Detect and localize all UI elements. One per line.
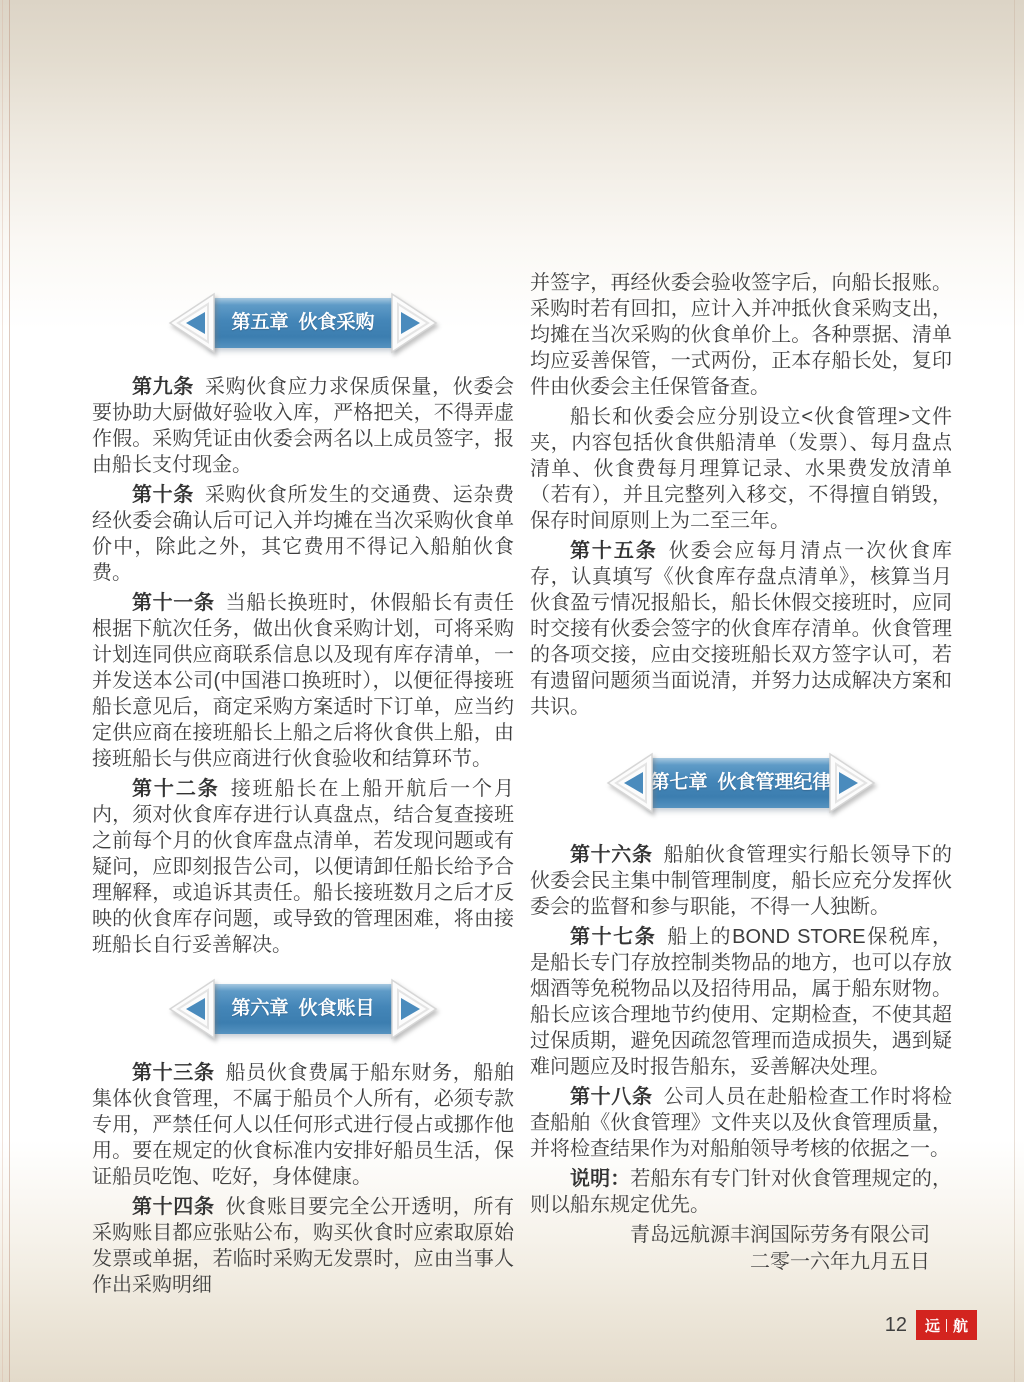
banner-arrow-left-icon [167,292,217,354]
page-number: 12 [885,1314,907,1337]
document-body: 第五章 伙食采购 第九条采购伙食应力求保质保量，伙委会要协助大厨做好验收入库，严… [92,262,952,1302]
article-11-text: 当船长换班时，休假船长有责任根据下航次任务，做出伙食采购计划，可将采购计划连同供… [92,592,514,770]
chapter-7-banner: 第七章 伙食管理纪律 [530,748,952,818]
article-9-paragraph: 第九条采购伙食应力求保质保量，伙委会要协助大厨做好验收入库，严格把关，不得弄虚作… [92,374,514,478]
chapter-banner-title: 第六章 伙食账目 [209,984,397,1034]
logo-char-right: 航 [953,1315,968,1336]
chapter-number: 第五章 [231,310,288,336]
article-15-text: 伙委会应每月清点一次伙食库存，认真填写《伙食库存盘点清单》，核算当月伙食盈亏情况… [530,540,952,718]
left-column: 第五章 伙食采购 第九条采购伙食应力求保质保量，伙委会要协助大厨做好验收入库，严… [92,262,514,1302]
banner-arrow-right-icon [827,752,877,814]
chapter-banner-title: 第七章 伙食管理纪律 [647,758,835,808]
note-label: 说明： [570,1168,630,1190]
chapter-number: 第六章 [231,996,288,1022]
article-18-paragraph: 第十八条公司人员在赴船检查工作时将检查船舶《伙食管理》文件夹以及伙食管理质量，并… [530,1084,952,1162]
banner-arrow-left-icon [167,978,217,1040]
article-14-label: 第十四条 [132,1196,215,1218]
chapter-title: 伙食账目 [299,996,375,1022]
chapter-title: 伙食管理纪律 [718,770,832,796]
article-13-label: 第十三条 [132,1062,215,1084]
chapter-title: 伙食采购 [299,310,375,336]
article-13-paragraph: 第十三条船员伙食费属于船东财务，船舶集体伙食管理，不属于船员个人所有，必须专款专… [92,1060,514,1190]
banner-arrow-left-icon [605,752,655,814]
article-9-label: 第九条 [132,376,194,398]
page-edge-line-left-outer [2,0,3,1382]
page-footer: 12 远 航 [885,1310,977,1340]
page-edge-line-right [1014,0,1015,1382]
chapter-6-banner: 第六章 伙食账目 [92,974,514,1044]
article-10-label: 第十条 [132,484,194,506]
banner-arrow-right-icon [389,292,439,354]
article-17-label: 第十七条 [570,926,656,948]
article-16-paragraph: 第十六条船舶伙食管理实行船长领导下的伙委会民主集中制管理制度，船长应充分发挥伙委… [530,842,952,920]
article-14-paragraph: 第十四条伙食账目要完全公开透明，所有采购账目都应张贴公布，购买伙食时应索取原始发… [92,1194,514,1298]
note-paragraph: 说明：若船东有专门针对伙食管理规定的，则以船东规定优先。 [530,1166,952,1218]
chapter-number: 第七章 [650,770,707,796]
article-12-paragraph: 第十二条接班船长在上船开航后一个月内，须对伙食库存进行认真盘点，结合复查接班之前… [92,776,514,958]
article-12-text: 接班船长在上船开航后一个月内，须对伙食库存进行认真盘点，结合复查接班之前每个月的… [92,778,514,956]
signature-date: 二零一六年九月五日 [530,1249,952,1276]
article-15-label: 第十五条 [570,540,658,562]
article-10-paragraph: 第十条采购伙食所发生的交通费、运杂费经伙委会确认后可记入并均摊在当次采购伙食单价… [92,482,514,586]
logo-char-left: 远 [925,1315,940,1336]
signature-company: 青岛远航源丰润国际劳务有限公司 [530,1222,952,1249]
article-17-paragraph: 第十七条船上的BOND STORE保税库，是船长专门存放控制类物品的地方，也可以… [530,924,952,1080]
logo-divider [946,1319,947,1332]
chapter-banner-title: 第五章 伙食采购 [209,298,397,348]
article-14-continuation-paragraph: 并签字，再经伙委会验收签字后，向船长报账。采购时若有回扣，应计入并冲抵伙食采购支… [530,270,952,400]
folder-rule-paragraph: 船长和伙委会应分别设立<伙食管理>文件夹，内容包括伙食供船清单（发票）、每月盘点… [530,404,952,534]
article-18-label: 第十八条 [570,1086,653,1108]
article-14-continuation-text: 并签字，再经伙委会验收签字后，向船长报账。采购时若有回扣，应计入并冲抵伙食采购支… [530,272,952,398]
article-16-label: 第十六条 [570,844,653,866]
folder-rule-text: 船长和伙委会应分别设立<伙食管理>文件夹，内容包括伙食供船清单（发票）、每月盘点… [530,406,952,532]
chapter-5-banner: 第五章 伙食采购 [92,288,514,358]
article-17-text: 船上的BOND STORE保税库，是船长专门存放控制类物品的地方，也可以存放烟酒… [530,926,952,1078]
page-edge-line-left-inner [9,0,10,1382]
article-11-paragraph: 第十一条当船长换班时，休假船长有责任根据下航次任务，做出伙食采购计划，可将采购计… [92,590,514,772]
article-12-label: 第十二条 [132,778,220,800]
article-15-paragraph: 第十五条伙委会应每月清点一次伙食库存，认真填写《伙食库存盘点清单》，核算当月伙食… [530,538,952,720]
banner-arrow-right-icon [389,978,439,1040]
yuanhang-logo-badge: 远 航 [916,1310,977,1340]
right-column: 并签字，再经伙委会验收签字后，向船长报账。采购时若有回扣，应计入并冲抵伙食采购支… [530,262,952,1302]
article-11-label: 第十一条 [132,592,215,614]
